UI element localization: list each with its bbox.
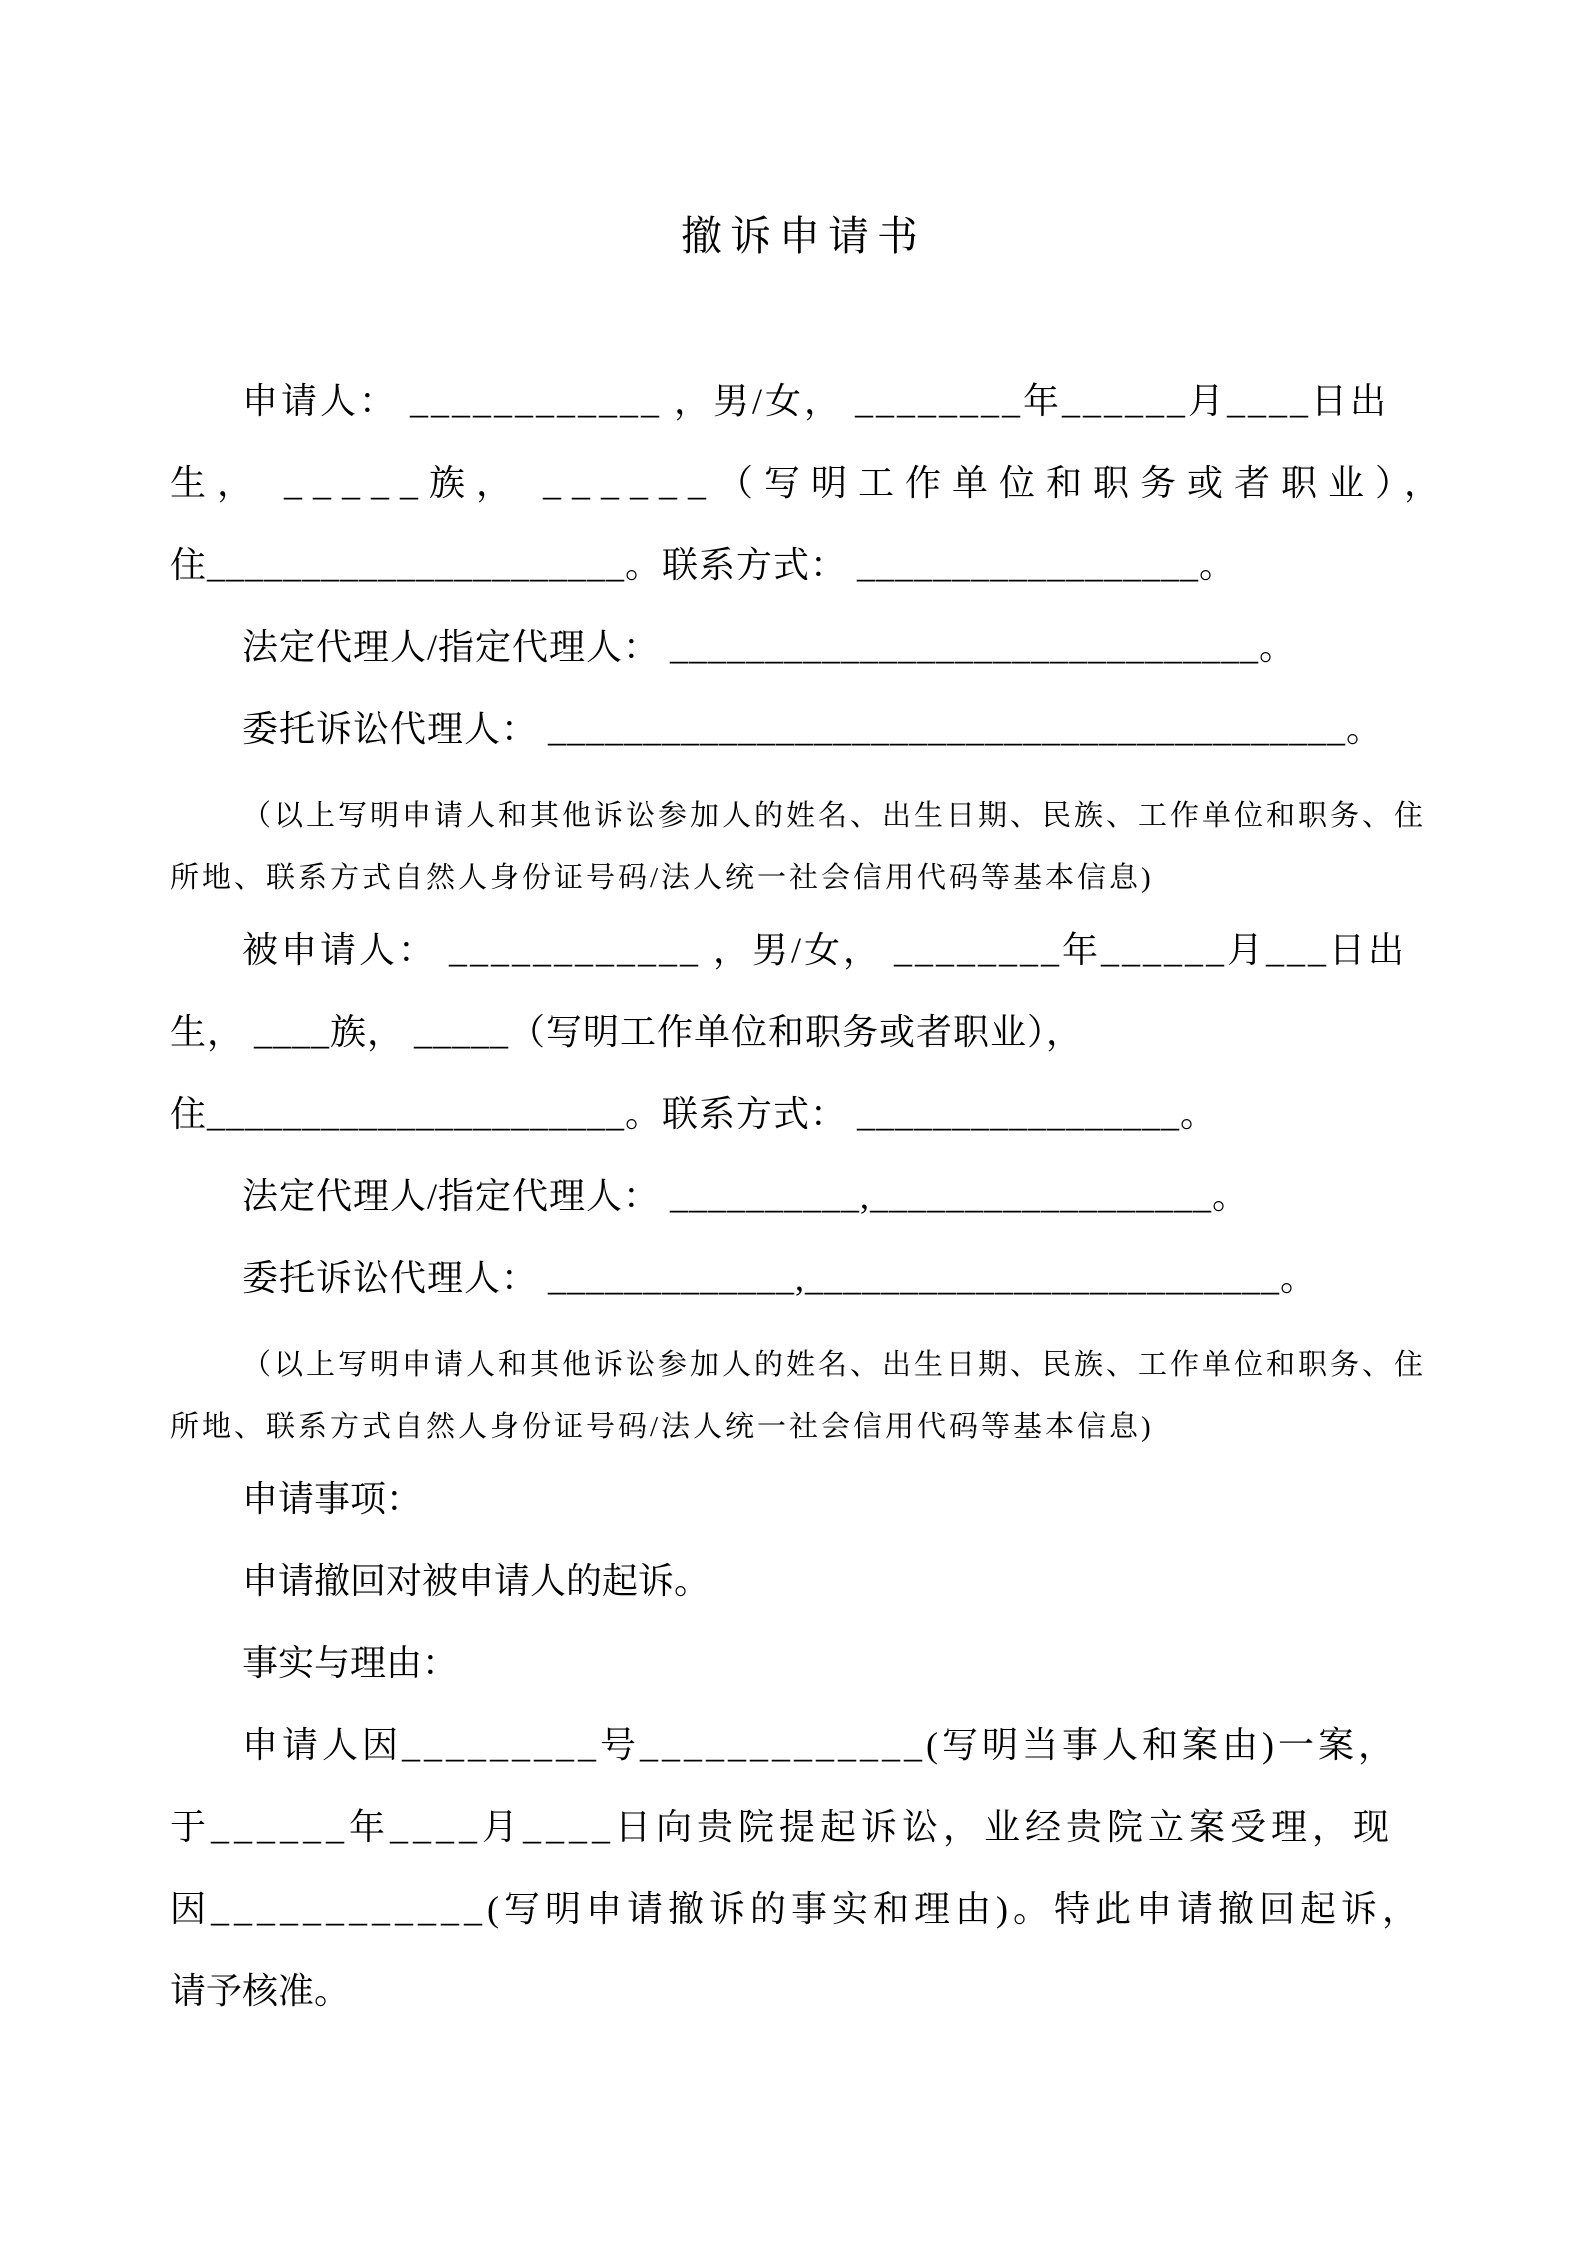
facts-line-2: 于______年____月____日向贵院提起诉讼，业经贵院立案受理，现 [170, 1786, 1437, 1868]
applicant-note-paragraph: （以上写明申请人和其他诉讼参加人的姓名、出生日期、民族、工作单位和职务、住 所地… [170, 785, 1437, 909]
applicant-legal-agent-line: 法定代理人/指定代理人： ___________________________… [170, 606, 1437, 688]
respondent-line-2: 生， ____族， _____（写明工作单位和职务或者职业）， [170, 991, 1437, 1073]
respondent-line-3: 住______________________。联系方式： __________… [170, 1073, 1437, 1155]
document-page: 撤诉申请书 申请人： ____________ ，男/女， ________年_… [0, 0, 1587, 2245]
document-title: 撤诉申请书 [170, 195, 1437, 277]
respondent-paragraph: 被申请人： ____________ ，男/女， ________年______… [170, 909, 1437, 1319]
respondent-litigation-agent-line: 委托诉讼代理人： _____________,_________________… [170, 1237, 1437, 1319]
facts-line-4: 请予核准。 [170, 1950, 1437, 2032]
applicant-litigation-agent-line: 委托诉讼代理人： _______________________________… [170, 688, 1437, 770]
applicant-line-3: 住______________________。联系方式： __________… [170, 524, 1437, 606]
facts-line-1: 申请人因_________号_____________(写明当事人和案由)一案， [170, 1704, 1437, 1786]
applicant-paragraph: 申请人： ____________ ，男/女， ________年______月… [170, 360, 1437, 770]
respondent-legal-agent-line: 法定代理人/指定代理人： __________,________________… [170, 1155, 1437, 1237]
applicant-note-line-1: （以上写明申请人和其他诉讼参加人的姓名、出生日期、民族、工作单位和职务、住 [170, 785, 1437, 847]
respondent-note-line-1: （以上写明申请人和其他诉讼参加人的姓名、出生日期、民族、工作单位和职务、住 [170, 1334, 1437, 1396]
request-statement: 申请撤回对被申请人的起诉。 [170, 1540, 1437, 1622]
request-heading: 申请事项： [170, 1458, 1437, 1540]
facts-paragraph: 申请人因_________号_____________(写明当事人和案由)一案，… [170, 1704, 1437, 2032]
facts-line-3: 因____________(写明申请撤诉的事实和理由)。特此申请撤回起诉， [170, 1868, 1437, 1950]
applicant-note-line-2: 所地、联系方式自然人身份证号码/法人统一社会信用代码等基本信息) [170, 847, 1437, 909]
applicant-line-2: 生， _____族， ______（写明工作单位和职务或者职业）， [170, 442, 1437, 524]
facts-heading: 事实与理由： [170, 1622, 1437, 1704]
respondent-note-line-2: 所地、联系方式自然人身份证号码/法人统一社会信用代码等基本信息) [170, 1396, 1437, 1458]
respondent-line-1: 被申请人： ____________ ，男/女， ________年______… [170, 909, 1437, 991]
respondent-note-paragraph: （以上写明申请人和其他诉讼参加人的姓名、出生日期、民族、工作单位和职务、住 所地… [170, 1334, 1437, 1458]
applicant-line-1: 申请人： ____________ ，男/女， ________年______月… [170, 360, 1437, 442]
